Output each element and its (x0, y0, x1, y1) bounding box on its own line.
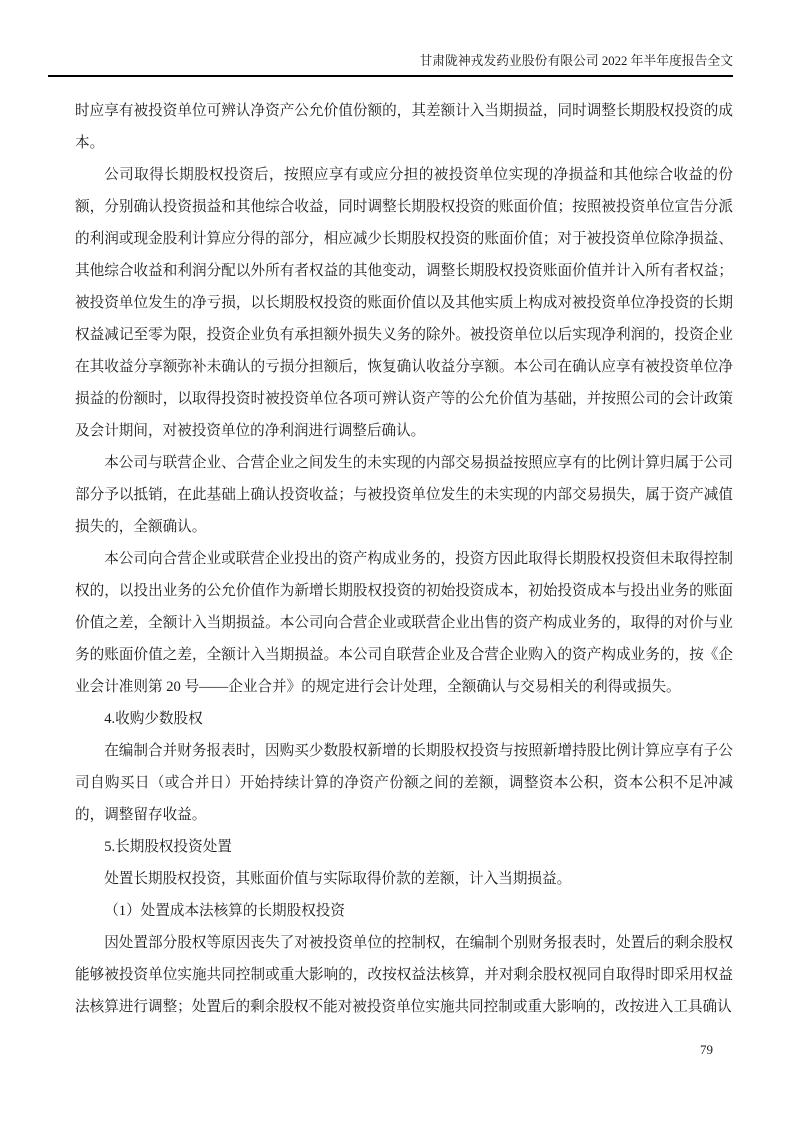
paragraph: 4.收购少数股权 (75, 703, 733, 735)
paragraph: 因处置部分股权等原因丧失了对被投资单位的控制权，在编制个别财务报表时，处置后的剩… (75, 927, 733, 1023)
paragraph: 处置长期股权投资，其账面价值与实际取得价款的差额，计入当期损益。 (75, 863, 733, 895)
header-divider (48, 75, 733, 77)
paragraph: 时应享有被投资单位可辨认净资产公允价值份额的，其差额计入当期损益，同时调整长期股… (75, 95, 733, 159)
paragraph: 本公司向合营企业或联营企业投出的资产构成业务的，投资方因此取得长期股权投资但未取… (75, 543, 733, 703)
report-header-title: 甘肃陇神戎发药业股份有限公司 2022 年半年度报告全文 (48, 53, 733, 69)
paragraph: 在编制合并财务报表时，因购买少数股权新增的长期股权投资与按照新增持股比例计算应享… (75, 735, 733, 831)
paragraph: （1）处置成本法核算的长期股权投资 (75, 895, 733, 927)
document-page: 甘肃陇神戎发药业股份有限公司 2022 年半年度报告全文 时应享有被投资单位可辨… (0, 0, 793, 1122)
page-footer: 79 (0, 1042, 713, 1058)
page-number: 79 (700, 1042, 713, 1057)
paragraph: 5.长期股权投资处置 (75, 831, 733, 863)
paragraph: 本公司与联营企业、合营企业之间发生的未实现的内部交易损益按照应享有的比例计算归属… (75, 447, 733, 543)
paragraph: 公司取得长期股权投资后，按照应享有或应分担的被投资单位实现的净损益和其他综合收益… (75, 159, 733, 447)
document-body: 时应享有被投资单位可辨认净资产公允价值份额的，其差额计入当期损益，同时调整长期股… (75, 95, 733, 1023)
